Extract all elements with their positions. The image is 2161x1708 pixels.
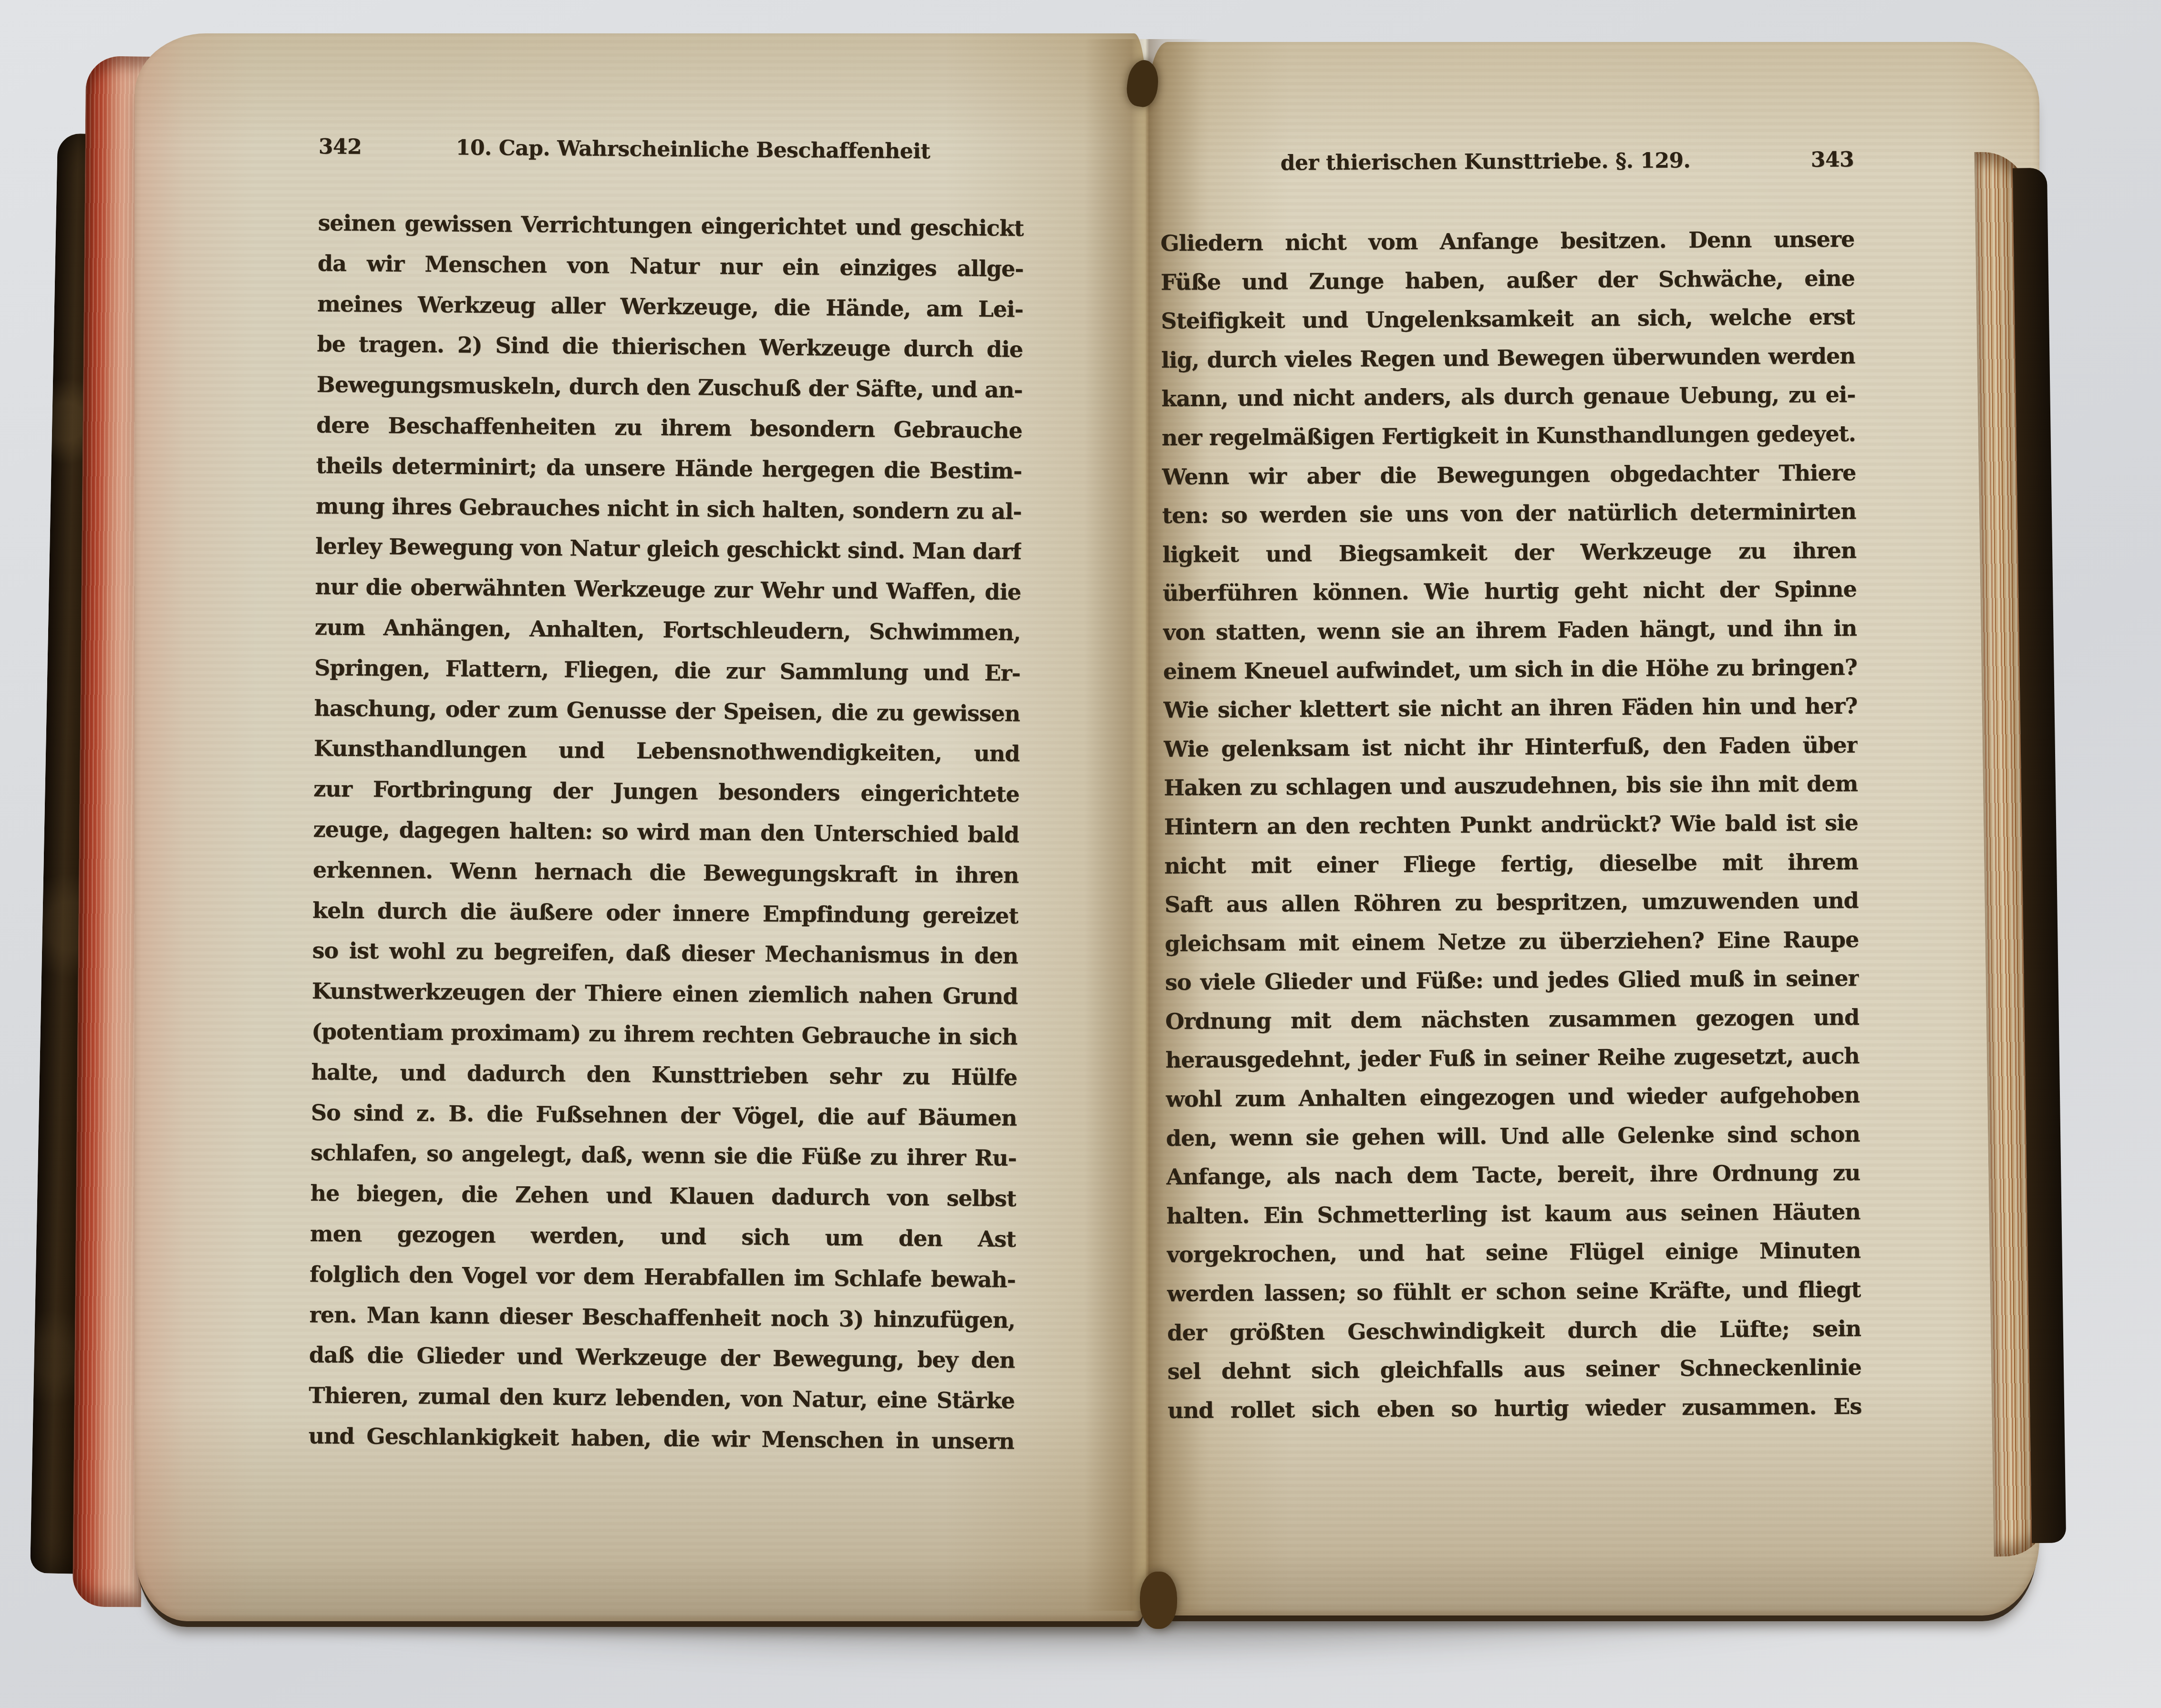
left-page-number: 342 <box>319 134 362 159</box>
text-line: haschung, oder zum Genusse der Speisen, … <box>314 688 1020 734</box>
book-photo: 342 10. Cap. Wahrscheinliche Beschaffenh… <box>0 0 2161 1708</box>
text-line: halten. Ein Schmetterling ist kaum aus s… <box>1166 1193 1860 1235</box>
left-page-header: 342 10. Cap. Wahrscheinliche Beschaffenh… <box>318 134 1024 178</box>
text-line: Steifigkeit und Ungelenksamkeit an sich,… <box>1161 298 1855 340</box>
text-line: nicht mit einer Fliege fertig, dieselbe … <box>1164 843 1858 885</box>
left-running-title: 10. Cap. Wahrscheinliche Beschaffenheit <box>362 135 1024 165</box>
text-line: vorgekrochen, und hat seine Flügel einig… <box>1167 1232 1861 1275</box>
text-line: lig, durch vieles Regen und Bewegen über… <box>1161 337 1855 380</box>
text-line: men gezogen werden, und sich um den Ast … <box>310 1214 1016 1259</box>
text-line: zeuge, dagegen halten: so wird man den U… <box>313 809 1019 855</box>
text-line: halte, und dadurch den Kunsttrieben sehr… <box>311 1052 1017 1098</box>
text-line: so viele Glieder und Füße: und jedes Gli… <box>1165 959 1859 1002</box>
text-line: überführen können. Wie hurtig geht nicht… <box>1162 570 1856 613</box>
text-line: Hintern an den rechten Punkt andrückt? W… <box>1164 803 1858 846</box>
left-page-text: 342 10. Cap. Wahrscheinliche Beschaffenh… <box>308 134 1024 1461</box>
text-line: Bewegungsmuskeln, durch den Zuschuß der … <box>317 364 1023 410</box>
text-line: und rollet sich eben so hurtig wieder zu… <box>1168 1387 1861 1430</box>
text-line: Thieren, zumal den kurz lebenden, von Na… <box>309 1375 1015 1421</box>
text-line: so ist wohl zu begreifen, daß dieser Mec… <box>312 930 1018 976</box>
text-line: erkennen. Wenn hernach die Bewegungskraf… <box>313 850 1019 895</box>
text-line: nur die oberwähnten Werkzeuge zur Wehr u… <box>315 566 1021 612</box>
right-page-text: der thierischen Kunsttriebe. §. 129. 343… <box>1160 147 1861 1430</box>
text-line: einem Kneuel aufwindet, um sich in die H… <box>1163 648 1857 691</box>
text-line: ner regelmäßigen Fertigkeit in Kunsthand… <box>1161 414 1855 457</box>
text-line: werden lassen; so fühlt er schon seine K… <box>1167 1270 1861 1313</box>
text-line: ren. Man kann dieser Beschaffenheit noch… <box>309 1294 1015 1340</box>
gutter-notch-bottom <box>1140 1572 1177 1629</box>
text-line: Kunstwerkzeugen der Thiere einen ziemlic… <box>312 971 1018 1017</box>
text-line: he biegen, die Zehen und Klauen dadurch … <box>310 1173 1016 1219</box>
text-line: Ordnung mit dem nächsten zusammen gezoge… <box>1165 998 1859 1041</box>
text-line: Wie sicher klettert sie nicht an ihren F… <box>1163 687 1857 730</box>
text-line: Saft aus allen Röhren zu bespritzen, umz… <box>1164 881 1858 924</box>
text-line: Wenn wir aber die Bewegungen obgedachter… <box>1162 453 1856 496</box>
text-line: ten: so werden sie uns von der natürlich… <box>1162 492 1856 535</box>
text-line: kann, und nicht anders, als durch genaue… <box>1161 375 1855 418</box>
text-line: Anfange, als nach dem Tacte, bereit, ihr… <box>1166 1153 1860 1196</box>
text-line: dere Beschaffenheiten zu ihrem besondern… <box>316 405 1023 451</box>
left-page-body: seinen gewissen Verrichtungen eingericht… <box>308 203 1024 1461</box>
right-running-title: der thierischen Kunsttriebe. §. 129. <box>1160 148 1811 176</box>
text-line: sel dehnt sich gleichfalls aus seiner Sc… <box>1167 1348 1861 1391</box>
right-page-header: der thierischen Kunsttriebe. §. 129. 343 <box>1160 147 1854 190</box>
text-line: gleichsam mit einem Netze zu überziehen?… <box>1165 920 1859 963</box>
right-page-body: Gliedern nicht vom Anfange besitzen. Den… <box>1160 220 1861 1430</box>
text-line: schlafen, so angelegt, daß, wenn sie die… <box>310 1132 1017 1178</box>
text-line: (potentiam proximam) zu ihrem rechten Ge… <box>311 1011 1018 1057</box>
text-line: Kunsthandlungen und Lebensnothwendigkeit… <box>314 728 1020 774</box>
right-page-number: 343 <box>1811 147 1854 172</box>
text-line: zum Anhängen, Anhalten, Fortschleudern, … <box>315 607 1021 653</box>
text-line: zur Fortbringung der Jungen besonders ei… <box>313 769 1020 814</box>
text-line: ligkeit und Biegsamkeit der Werkzeuge zu… <box>1162 531 1856 574</box>
text-line: und Geschlankigkeit haben, die wir Mensc… <box>308 1416 1014 1461</box>
text-line: Wie gelenksam ist nicht ihr Hinterfuß, d… <box>1163 726 1857 769</box>
text-line: be tragen. 2) Sind die thierischen Werkz… <box>317 324 1023 370</box>
text-line: der größten Geschwindigkeit durch die Lü… <box>1167 1309 1861 1352</box>
text-line: folglich den Vogel vor dem Herabfallen i… <box>310 1254 1016 1300</box>
text-line: So sind z. B. die Fußsehnen der Vögel, d… <box>311 1092 1017 1138</box>
text-line: theils determinirt; da unsere Hände herg… <box>316 445 1022 491</box>
text-line: Springen, Flattern, Fliegen, die zur Sam… <box>314 648 1021 693</box>
text-line: daß die Glieder und Werkzeuge der Bewegu… <box>309 1335 1015 1380</box>
text-line: da wir Menschen von Natur nur ein einzig… <box>318 243 1024 289</box>
text-line: von statten, wenn sie an ihrem Faden hän… <box>1163 609 1857 652</box>
text-line: seinen gewissen Verrichtungen eingericht… <box>318 203 1024 248</box>
text-line: Gliedern nicht vom Anfange besitzen. Den… <box>1160 220 1854 263</box>
text-line: wohl zum Anhalten eingezogen und wieder … <box>1166 1076 1860 1119</box>
text-line: den, wenn sie gehen will. Und alle Gelen… <box>1166 1115 1860 1158</box>
text-line: meines Werkzeug aller Werkzeuge, die Hän… <box>317 284 1024 329</box>
text-line: keln durch die äußere oder innere Empfin… <box>312 890 1019 936</box>
text-line: mung ihres Gebrauches nicht in sich halt… <box>316 486 1022 532</box>
text-line: herausgedehnt, jeder Fuß in seiner Reihe… <box>1165 1037 1859 1080</box>
text-line: lerley Bewegung von Natur gleich geschic… <box>315 526 1022 572</box>
text-line: Füße und Zunge haben, außer der Schwäche… <box>1160 259 1854 302</box>
text-line: Haken zu schlagen und auszudehnen, bis s… <box>1164 764 1858 807</box>
